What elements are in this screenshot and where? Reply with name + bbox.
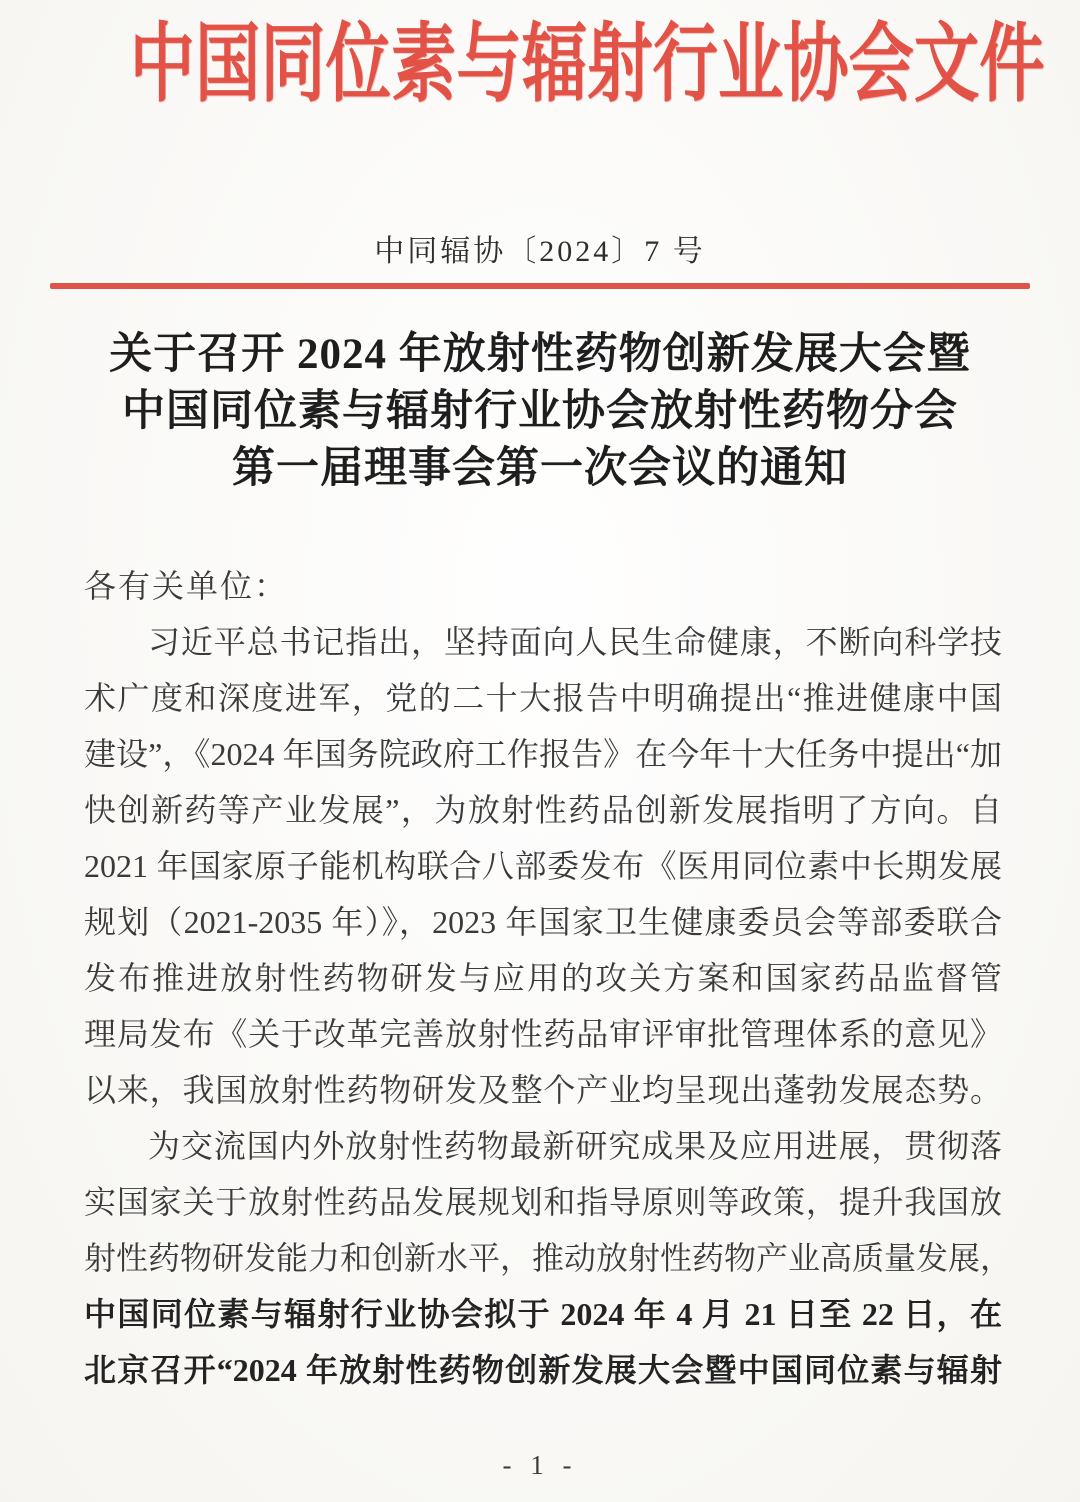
body-line: 习近平总书记指出，坚持面向人民生命健康，不断向科学技 bbox=[84, 614, 1002, 670]
body-line: 理局发布《关于改革完善放射性药品审评审批管理体系的意见》 bbox=[84, 1006, 1002, 1062]
document-number: 中同辐协〔2024〕7 号 bbox=[0, 226, 1080, 270]
body-line: 快创新药等产业发展”，为放射性药品创新发展指明了方向。自 bbox=[84, 782, 1002, 838]
body-line: 发布推进放射性药物研发与应用的攻关方案和国家药品监督管 bbox=[84, 950, 1002, 1006]
agency-header-title: 中国同位素与辐射行业协会文件 bbox=[130, 12, 951, 116]
body-line: 为交流国内外放射性药物最新研究成果及应用进展，贯彻落 bbox=[84, 1118, 1002, 1174]
notice-title-line-1: 关于召开 2024 年放射性药物创新发展大会暨 bbox=[0, 326, 1080, 383]
red-divider-line bbox=[50, 283, 1030, 289]
notice-title-line-3: 第一届理事会第一次会议的通知 bbox=[0, 440, 1080, 497]
body-line: 以来，我国放射性药物研发及整个产业均呈现出蓬勃发展态势。 bbox=[84, 1062, 1002, 1118]
body-line: 规划（2021-2035 年）》，2023 年国家卫生健康委员会等部委联合 bbox=[84, 894, 1002, 950]
body-line: 射性药物研发能力和创新水平，推动放射性药物产业高质量发展， bbox=[84, 1230, 1002, 1286]
body-line: 北京召开“2024 年放射性药物创新发展大会暨中国同位素与辐射 bbox=[84, 1342, 1002, 1398]
body-line: 2021 年国家原子能机构联合八部委发布《医用同位素中长期发展 bbox=[84, 838, 1002, 894]
body-line: 实国家关于放射性药品发展规划和指导原则等政策，提升我国放 bbox=[84, 1174, 1002, 1230]
body-line: 术广度和深度进军，党的二十大报告中明确提出“推进健康中国 bbox=[84, 670, 1002, 726]
body-line: 建设”，《2024 年国务院政府工作报告》在今年十大任务中提出“加 bbox=[84, 726, 1002, 782]
notice-title-line-2: 中国同位素与辐射行业协会放射性药物分会 bbox=[0, 383, 1080, 440]
notice-title: 关于召开 2024 年放射性药物创新发展大会暨 中国同位素与辐射行业协会放射性药… bbox=[0, 326, 1080, 497]
salutation: 各有关单位： bbox=[84, 558, 1002, 614]
document-page: 中国同位素与辐射行业协会文件 中同辐协〔2024〕7 号 关于召开 2024 年… bbox=[0, 0, 1080, 1502]
page-number: - 1 - bbox=[0, 1450, 1080, 1481]
body-line: 中国同位素与辐射行业协会拟于 2024 年 4 月 21 日至 22 日，在 bbox=[84, 1286, 1002, 1342]
notice-body: 各有关单位： 习近平总书记指出，坚持面向人民生命健康，不断向科学技 术广度和深度… bbox=[84, 558, 1002, 1398]
